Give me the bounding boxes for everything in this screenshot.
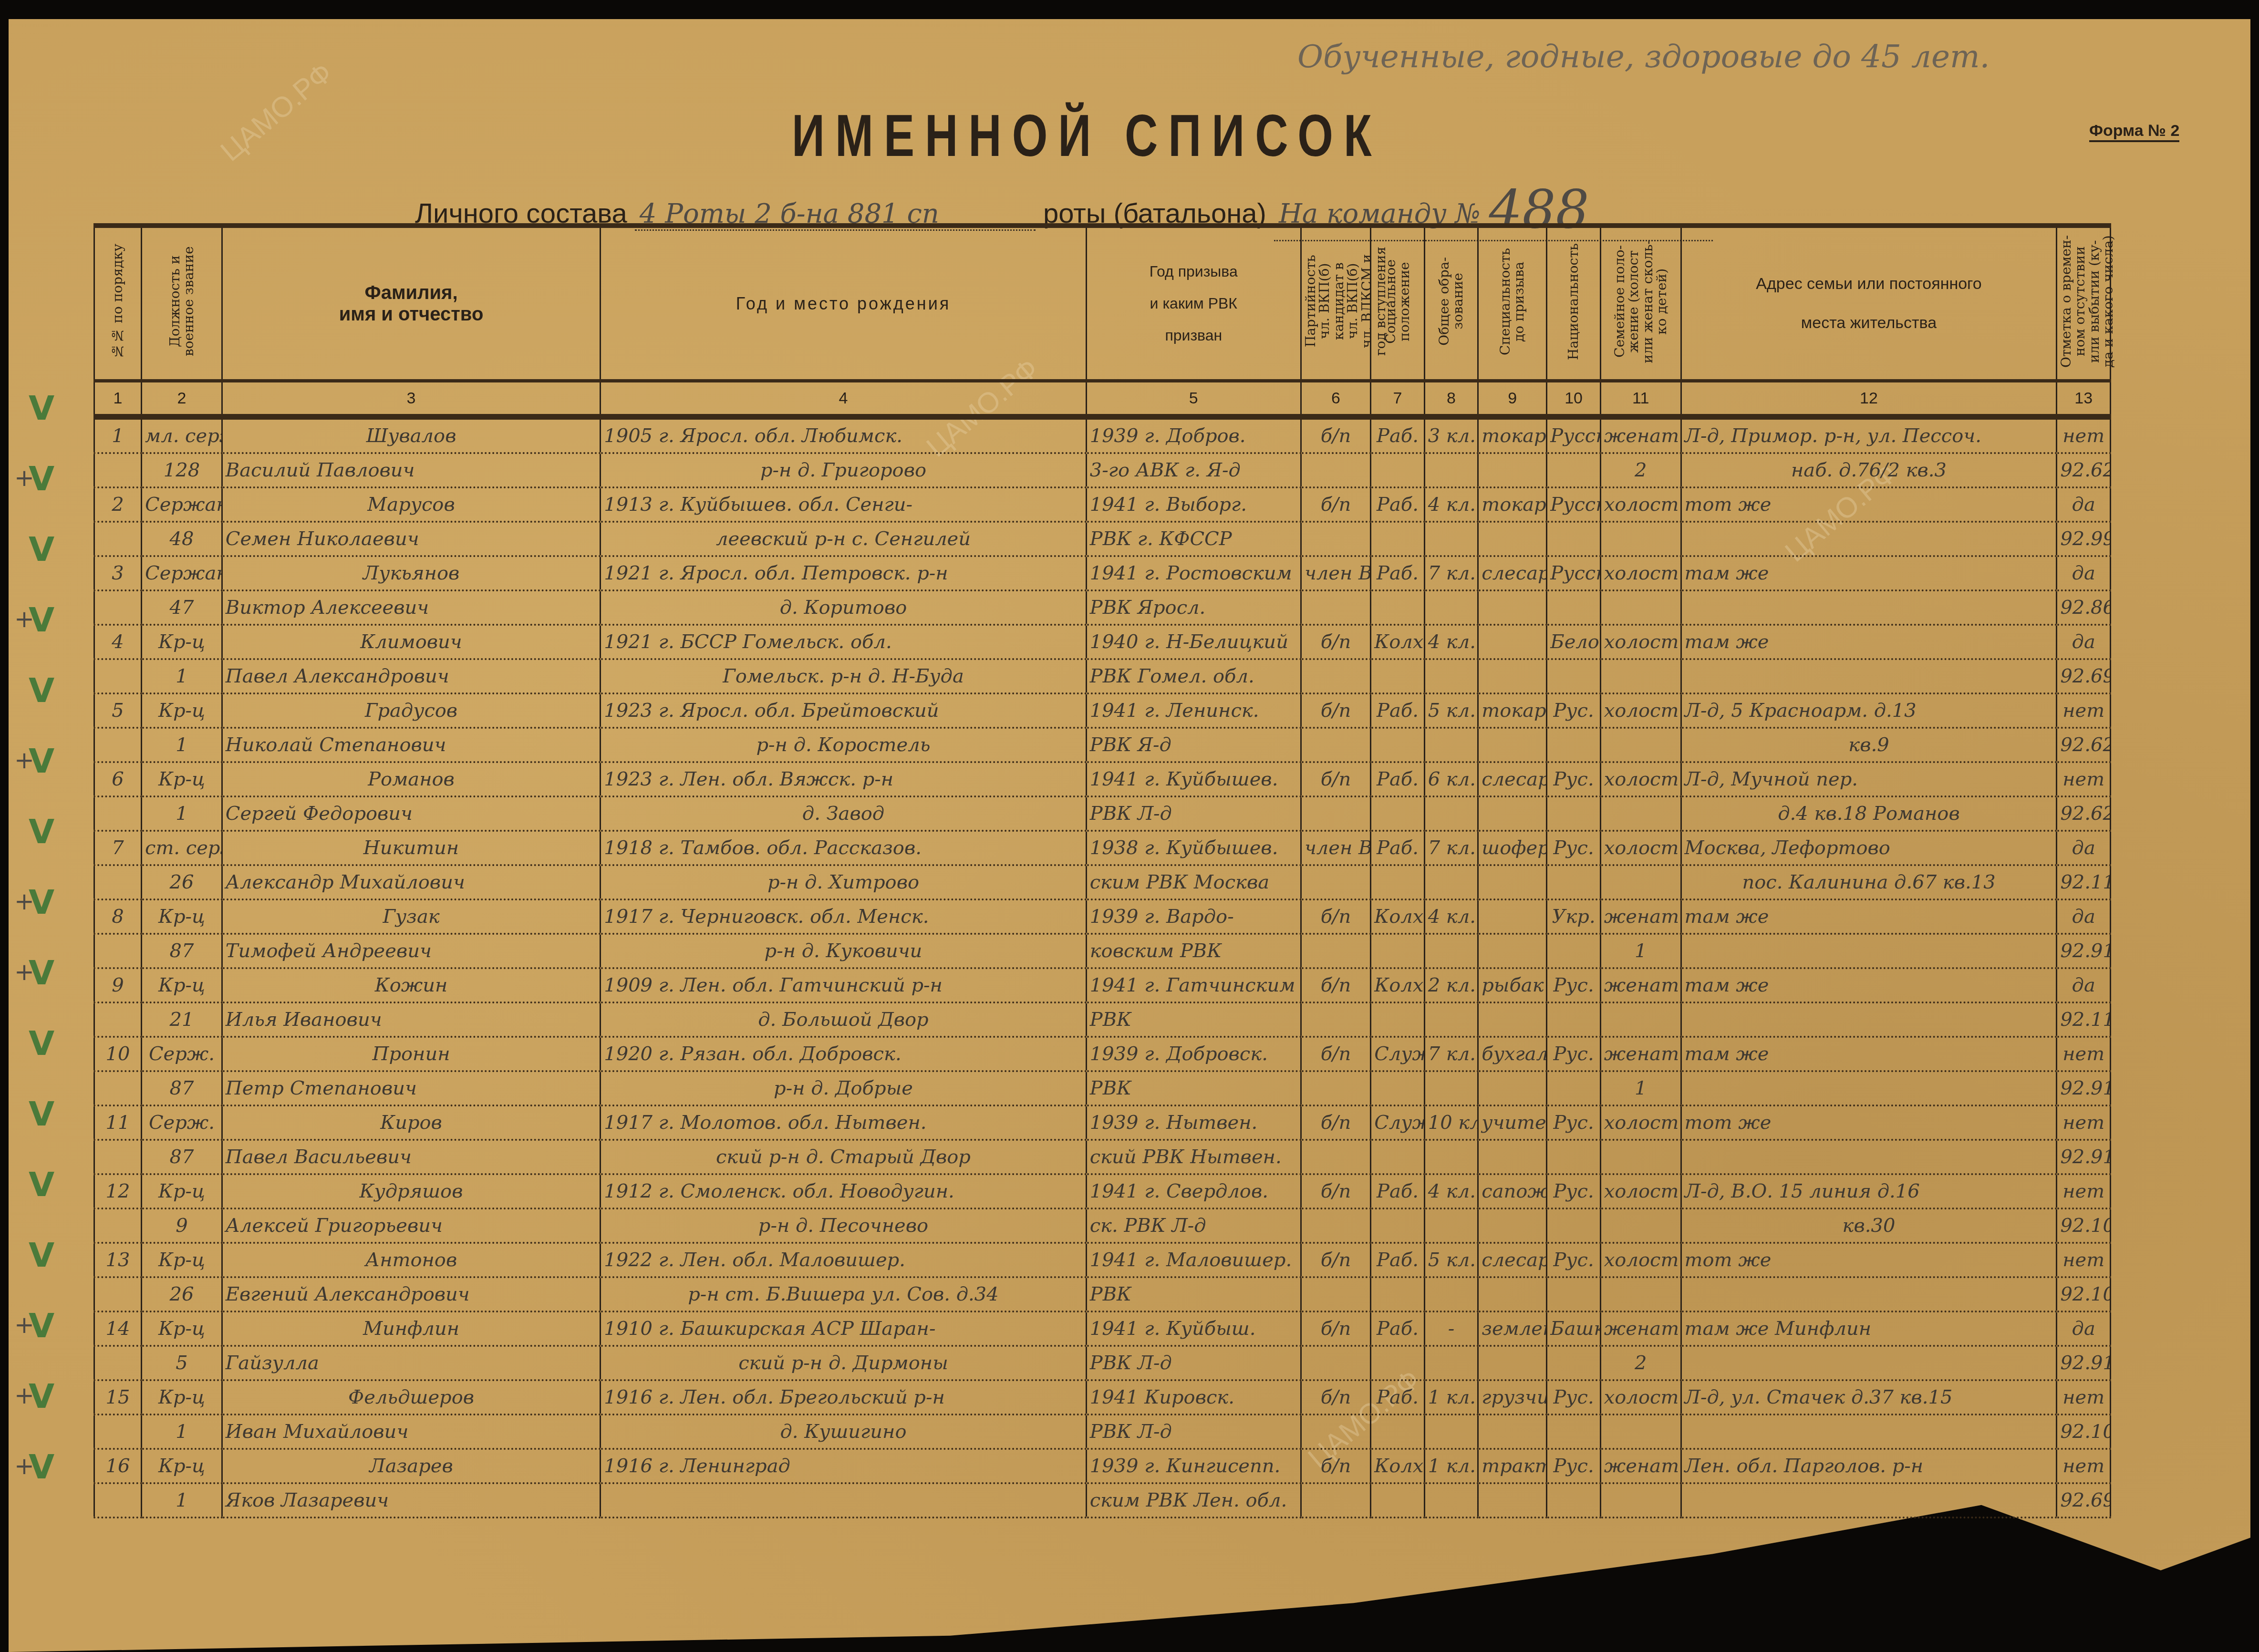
- table-row: 16Кр-цЛазарев1916 г. Ленинград1939 г. Ки…: [94, 1449, 2111, 1483]
- row-number-cell: 12: [94, 1174, 142, 1208]
- family-status-cell: холост: [1600, 1243, 1681, 1277]
- personal-number-cell: 9: [142, 1208, 222, 1243]
- address-cont-cell: [1681, 659, 2057, 693]
- draft-office-cell: РВК Яросл.: [1086, 590, 1301, 625]
- family-status-cell: холост: [1600, 762, 1681, 796]
- table-row: 12Кр-цКудряшов1912 г. Смоленск. обл. Нов…: [94, 1174, 2111, 1208]
- row-number-cell: 6: [94, 762, 142, 796]
- education-cell: [1424, 1208, 1478, 1243]
- nationality-cell: Рус.: [1547, 1380, 1601, 1415]
- notes-cell: да: [2057, 1311, 2111, 1346]
- specialty-cell: [1478, 1208, 1547, 1243]
- rank-cell: Кр-ц: [142, 1311, 222, 1346]
- checkmark-icon: V: [29, 671, 54, 710]
- birth-place-cont-cell: р-н д. Добрые: [601, 1071, 1086, 1105]
- surname-cell: Никитин: [222, 831, 600, 865]
- draft-year-cell: 1938 г. Куйбышев.: [1086, 831, 1301, 865]
- party-cell: [1301, 728, 1370, 762]
- social-status-cell: Раб.: [1371, 556, 1425, 590]
- nationality-cell: [1547, 590, 1601, 625]
- social-status-cell: [1371, 1208, 1425, 1243]
- table-row: 21Илья Ивановичд. Большой ДворРВК92.1170: [94, 1002, 2111, 1037]
- plus-mark-icon: +: [14, 1311, 34, 1339]
- education-cell: 3 кл.: [1424, 417, 1478, 453]
- specialty-cell: слесарь: [1478, 556, 1547, 590]
- personal-number-cell: 26: [142, 865, 222, 899]
- children-cell: 2: [1600, 453, 1681, 487]
- notes-cell: нет: [2057, 693, 2111, 728]
- education-cell: 7 кл.: [1424, 1037, 1478, 1071]
- birth-year-place-cell: 1923 г. Яросл. обл. Брейтовский: [601, 693, 1086, 728]
- checkmark-icon: V: [29, 1024, 54, 1063]
- education-cell: 2 кл.: [1424, 968, 1478, 1002]
- family-status-cell: холост: [1600, 487, 1681, 522]
- personal-number-cell: 1: [142, 796, 222, 831]
- social-status-cell: Раб.: [1371, 1243, 1425, 1277]
- notes-code-cell: 92.62: [2057, 453, 2111, 487]
- rank-cell: Кр-ц: [142, 625, 222, 659]
- checkmark-icon: V: [29, 812, 54, 851]
- social-status-cell: Раб.: [1371, 1311, 1425, 1346]
- party-cell: б/п: [1301, 625, 1370, 659]
- checkmark-icon: V: [29, 1094, 54, 1134]
- table-row: 87Павел Васильевичский р-н д. Старый Дво…: [94, 1140, 2111, 1174]
- col-num: 9: [1478, 381, 1547, 417]
- nationality-cell: Рус.: [1547, 1243, 1601, 1277]
- row-number-cell: 1: [94, 417, 142, 453]
- family-status-cell: женат: [1600, 968, 1681, 1002]
- birth-year-place-cell: 1909 г. Лен. обл. Гатчинский р-н: [601, 968, 1086, 1002]
- party-cell: [1301, 1346, 1370, 1380]
- nationality-cell: [1547, 659, 1601, 693]
- table-row: 1Сергей Федоровичд. ЗаводРВК Л-дд.4 кв.1…: [94, 796, 2111, 831]
- social-status-cell: [1371, 796, 1425, 831]
- party-cell: б/п: [1301, 693, 1370, 728]
- rank-cell: Кр-ц: [142, 899, 222, 934]
- social-status-cell: [1371, 1277, 1425, 1311]
- party-cell: [1301, 659, 1370, 693]
- table-row: 128Василий Павловичр-н д. Григорово3-го …: [94, 453, 2111, 487]
- table-row: 9Кр-цКожин1909 г. Лен. обл. Гатчинский р…: [94, 968, 2111, 1002]
- personal-number-cell: 1: [142, 1483, 222, 1518]
- address-cont-cell: наб. д.76/2 кв.3: [1681, 453, 2057, 487]
- birth-year-place-cell: 1923 г. Лен. обл. Вяжск. р-н: [601, 762, 1086, 796]
- draft-office-cell: ковским РВК: [1086, 934, 1301, 968]
- row-number-cell: 5: [94, 693, 142, 728]
- party-cell: [1301, 1415, 1370, 1449]
- nationality-cell: [1547, 1415, 1601, 1449]
- nationality-cell: [1547, 934, 1601, 968]
- draft-year-cell: 1941 г. Маловишер.: [1086, 1243, 1301, 1277]
- party-cell: б/п: [1301, 1449, 1370, 1483]
- social-status-cell: [1371, 934, 1425, 968]
- specialty-cell: токарь: [1478, 487, 1547, 522]
- table-row: 5Кр-цГрадусов1923 г. Яросл. обл. Брейтов…: [94, 693, 2111, 728]
- birth-place-cont-cell: р-н д. Куковичи: [601, 934, 1086, 968]
- party-cell: б/п: [1301, 1243, 1370, 1277]
- draft-year-cell: 1939 г. Вардо-: [1086, 899, 1301, 934]
- social-status-cell: Раб.: [1371, 487, 1425, 522]
- address-cell: тот же: [1681, 487, 2057, 522]
- birth-place-cont-cell: д. Завод: [601, 796, 1086, 831]
- nationality-cell: Рус.: [1547, 1105, 1601, 1140]
- draft-year-cell: 1941 г. Гатчинским: [1086, 968, 1301, 1002]
- row-number-cell: 11: [94, 1105, 142, 1140]
- social-status-cell: Раб.: [1371, 693, 1425, 728]
- row-number-cell: [94, 1483, 142, 1518]
- specialty-cell: [1478, 796, 1547, 831]
- nationality-cell: Рус.: [1547, 1174, 1601, 1208]
- education-cell: 1 кл.: [1424, 1449, 1478, 1483]
- nationality-cell: [1547, 1277, 1601, 1311]
- draft-office-cell: РВК: [1086, 1277, 1301, 1311]
- address-cont-cell: [1681, 522, 2057, 556]
- notes-code-cell: 92.62: [2057, 728, 2111, 762]
- row-number-cell: 7: [94, 831, 142, 865]
- party-cell: член ВЛКСМ: [1301, 831, 1370, 865]
- birth-place-cont-cell: р-н ст. Б.Вишера ул. Сов. д.34: [601, 1277, 1086, 1311]
- education-cell: 10 кл.: [1424, 1105, 1478, 1140]
- draft-office-cell: ск. РВК Л-д: [1086, 1208, 1301, 1243]
- birth-year-place-cell: 1912 г. Смоленск. обл. Новодугин.: [601, 1174, 1086, 1208]
- children-cell: [1600, 865, 1681, 899]
- nationality-cell: Рус.: [1547, 1449, 1601, 1483]
- row-number-cell: [94, 865, 142, 899]
- draft-office-cell: РВК Гомел. обл.: [1086, 659, 1301, 693]
- party-cell: [1301, 865, 1370, 899]
- surname-cell: Марусов: [222, 487, 600, 522]
- specialty-cell: [1478, 1140, 1547, 1174]
- col-header-education: Общее обра- зование: [1424, 226, 1478, 381]
- children-cell: [1600, 728, 1681, 762]
- education-cell: [1424, 1346, 1478, 1380]
- nationality-cell: [1547, 1346, 1601, 1380]
- children-cell: [1600, 659, 1681, 693]
- personal-number-cell: 21: [142, 1002, 222, 1037]
- personal-number-cell: 128: [142, 453, 222, 487]
- party-cell: [1301, 1002, 1370, 1037]
- notes-code-cell: 92.91: [2057, 1346, 2111, 1380]
- header-row: №№ по порядку Должность и военное звание…: [94, 226, 2111, 381]
- draft-office-cell: РВК: [1086, 1002, 1301, 1037]
- draft-year-cell: 1939 г. Добровск.: [1086, 1037, 1301, 1071]
- rank-cell: Кр-ц: [142, 1243, 222, 1277]
- address-cont-cell: [1681, 1277, 2057, 1311]
- notes-cell: нет: [2057, 1105, 2111, 1140]
- party-cell: б/п: [1301, 1380, 1370, 1415]
- row-number-cell: 10: [94, 1037, 142, 1071]
- surname-cell: Романов: [222, 762, 600, 796]
- birth-year-place-cell: 1922 г. Лен. обл. Маловишер.: [601, 1243, 1086, 1277]
- personnel-table-container: №№ по порядку Должность и военное звание…: [93, 223, 2111, 1518]
- party-cell: б/п: [1301, 1105, 1370, 1140]
- row-number-cell: [94, 728, 142, 762]
- surname-cell: Лазарев: [222, 1449, 600, 1483]
- birth-place-cont-cell: д. Кушигино: [601, 1415, 1086, 1449]
- draft-office-cell: РВК г. КФССР: [1086, 522, 1301, 556]
- education-cell: 6 кл.: [1424, 762, 1478, 796]
- notes-code-cell: 92.91: [2057, 1140, 2111, 1174]
- address-cont-cell: [1681, 1002, 2057, 1037]
- table-row: 8Кр-цГузак1917 г. Черниговск. обл. Менск…: [94, 899, 2111, 934]
- specialty-cell: сапожник: [1478, 1174, 1547, 1208]
- nationality-cell: [1547, 1071, 1601, 1105]
- first-name-patronymic-cell: Александр Михайлович: [222, 865, 600, 899]
- rank-cell: Сержант: [142, 556, 222, 590]
- address-cont-cell: [1681, 1140, 2057, 1174]
- birth-year-place-cell: 1905 г. Яросл. обл. Любимск.: [601, 417, 1086, 453]
- address-cell: тот же: [1681, 1243, 2057, 1277]
- social-status-cell: [1371, 1415, 1425, 1449]
- first-name-patronymic-cell: Иван Михайлович: [222, 1415, 600, 1449]
- notes-code-cell: 92.91: [2057, 1071, 2111, 1105]
- table-row: 5Гайзуллаский р-н д. ДирмоныРВК Л-д292.9…: [94, 1346, 2111, 1380]
- social-status-cell: Раб.: [1371, 1174, 1425, 1208]
- watermark: ЦАМО.РФ: [214, 56, 339, 168]
- specialty-cell: [1478, 522, 1547, 556]
- social-status-cell: Колхоз.: [1371, 625, 1425, 659]
- row-number-cell: 4: [94, 625, 142, 659]
- row-number-cell: [94, 1415, 142, 1449]
- nationality-cell: Русск.: [1547, 417, 1601, 453]
- party-cell: [1301, 1483, 1370, 1518]
- education-cell: 5 кл.: [1424, 1243, 1478, 1277]
- social-status-cell: [1371, 1071, 1425, 1105]
- education-cell: 1 кл.: [1424, 1380, 1478, 1415]
- rank-cell: Серж.: [142, 1037, 222, 1071]
- personnel-rows: 1мл. серж.Шувалов1905 г. Яросл. обл. Люб…: [94, 417, 2111, 1518]
- personal-number-cell: 87: [142, 934, 222, 968]
- table-row: 4Кр-цКлимович1921 г. БССР Гомельск. обл.…: [94, 625, 2111, 659]
- address-cont-cell: [1681, 1071, 2057, 1105]
- social-status-cell: [1371, 865, 1425, 899]
- specialty-cell: слесарь: [1478, 1243, 1547, 1277]
- children-cell: [1600, 522, 1681, 556]
- social-status-cell: [1371, 1346, 1425, 1380]
- children-cell: 2: [1600, 1346, 1681, 1380]
- plus-mark-icon: +: [14, 746, 34, 774]
- draft-year-cell: 1941 г. Куйбыш.: [1086, 1311, 1301, 1346]
- rank-cell: Кр-ц: [142, 762, 222, 796]
- birth-year-place-cell: 1921 г. Яросл. обл. Петровск. р-н: [601, 556, 1086, 590]
- education-cell: [1424, 1415, 1478, 1449]
- surname-cell: Шувалов: [222, 417, 600, 453]
- surname-cell: Киров: [222, 1105, 600, 1140]
- address-cont-cell: [1681, 1415, 2057, 1449]
- notes-code-cell: 92.62: [2057, 796, 2111, 831]
- social-status-cell: [1371, 1483, 1425, 1518]
- family-status-cell: холост: [1600, 1380, 1681, 1415]
- specialty-cell: тракторист: [1478, 1449, 1547, 1483]
- checkmark-icon: V: [29, 1236, 54, 1275]
- party-cell: б/п: [1301, 1311, 1370, 1346]
- social-status-cell: [1371, 453, 1425, 487]
- row-number-cell: [94, 796, 142, 831]
- education-cell: [1424, 522, 1478, 556]
- personal-number-cell: 1: [142, 728, 222, 762]
- surname-cell: Кудряшов: [222, 1174, 600, 1208]
- education-cell: [1424, 934, 1478, 968]
- education-cell: [1424, 1277, 1478, 1311]
- education-cell: 7 кл.: [1424, 556, 1478, 590]
- checkmark-icon: V: [29, 389, 54, 428]
- row-number-cell: [94, 1140, 142, 1174]
- address-cell: там же: [1681, 899, 2057, 934]
- nationality-cell: Рус.: [1547, 1037, 1601, 1071]
- rank-cell: Серж.: [142, 1105, 222, 1140]
- notes-cell: да: [2057, 556, 2111, 590]
- row-number-cell: [94, 934, 142, 968]
- table-row: 87Тимофей Андреевичр-н д. Куковичиковски…: [94, 934, 2111, 968]
- col-num: 11: [1600, 381, 1681, 417]
- birth-place-cont-cell: леевский р-н с. Сенгилей: [601, 522, 1086, 556]
- first-name-patronymic-cell: Павел Васильевич: [222, 1140, 600, 1174]
- nationality-cell: Рус.: [1547, 831, 1601, 865]
- personal-number-cell: 48: [142, 522, 222, 556]
- party-cell: [1301, 796, 1370, 831]
- row-number-cell: [94, 590, 142, 625]
- address-cell: там же: [1681, 1037, 2057, 1071]
- col-num: 12: [1681, 381, 2057, 417]
- family-status-cell: женат: [1600, 899, 1681, 934]
- children-cell: [1600, 590, 1681, 625]
- draft-year-cell: 1939 г. Нытвен.: [1086, 1105, 1301, 1140]
- notes-code-cell: 92.1019: [2057, 1277, 2111, 1311]
- specialty-cell: [1478, 1071, 1547, 1105]
- rank-cell: ст. серж.: [142, 831, 222, 865]
- family-status-cell: женат: [1600, 1037, 1681, 1071]
- family-status-cell: женат: [1600, 1311, 1681, 1346]
- family-status-cell: холост: [1600, 625, 1681, 659]
- social-status-cell: [1371, 1002, 1425, 1037]
- nationality-cell: Рус.: [1547, 762, 1601, 796]
- nationality-cell: Башкир: [1547, 1311, 1601, 1346]
- birth-place-cont-cell: [601, 1483, 1086, 1518]
- notes-cell: нет: [2057, 1243, 2111, 1277]
- nationality-cell: [1547, 865, 1601, 899]
- address-cont-cell: [1681, 590, 2057, 625]
- notes-cell: нет: [2057, 1449, 2111, 1483]
- social-status-cell: [1371, 728, 1425, 762]
- education-cell: 4 кл.: [1424, 487, 1478, 522]
- birth-place-cont-cell: р-н д. Григорово: [601, 453, 1086, 487]
- nationality-cell: Белорус.: [1547, 625, 1601, 659]
- draft-office-cell: РВК Я-д: [1086, 728, 1301, 762]
- notes-code-cell: 92.69: [2057, 659, 2111, 693]
- education-cell: 4 кл.: [1424, 899, 1478, 934]
- row-number-cell: [94, 1208, 142, 1243]
- checkmark-icon: V: [29, 530, 54, 569]
- children-cell: [1600, 1415, 1681, 1449]
- form-number: Форма № 2: [2089, 122, 2179, 142]
- education-cell: [1424, 1483, 1478, 1518]
- table-row: 48Семен Николаевичлеевский р-н с. Сенгил…: [94, 522, 2111, 556]
- address-cell: Л-д, В.О. 15 линия д.16: [1681, 1174, 2057, 1208]
- rank-cell: Сержант: [142, 487, 222, 522]
- children-cell: [1600, 796, 1681, 831]
- handwritten-top-note: Обученные, годные, здоровые до 45 лет.: [1297, 38, 1990, 75]
- surname-cell: Кожин: [222, 968, 600, 1002]
- col-num: 7: [1371, 381, 1425, 417]
- nationality-cell: [1547, 1140, 1601, 1174]
- birth-year-place-cell: 1910 г. Башкирская АСР Шаран-: [601, 1311, 1086, 1346]
- address-cont-cell: [1681, 1346, 2057, 1380]
- draft-office-cell: ский РВК Нытвен.: [1086, 1140, 1301, 1174]
- party-cell: [1301, 453, 1370, 487]
- children-cell: [1600, 1002, 1681, 1037]
- birth-place-cont-cell: ский р-н д. Старый Двор: [601, 1140, 1086, 1174]
- col-num: 2: [142, 381, 222, 417]
- birth-year-place-cell: 1920 г. Рязан. обл. Добровск.: [601, 1037, 1086, 1071]
- table-row: 13Кр-цАнтонов1922 г. Лен. обл. Маловишер…: [94, 1243, 2111, 1277]
- notes-code-cell: 92.1014: [2057, 1208, 2111, 1243]
- col-num: 3: [222, 381, 600, 417]
- birth-year-place-cell: 1918 г. Тамбов. обл. Рассказов.: [601, 831, 1086, 865]
- specialty-cell: [1478, 1002, 1547, 1037]
- row-number-cell: 8: [94, 899, 142, 934]
- first-name-patronymic-cell: Гайзулла: [222, 1346, 600, 1380]
- col-num: 13: [2057, 381, 2111, 417]
- draft-office-cell: 3-го АВК г. Я-д: [1086, 453, 1301, 487]
- specialty-cell: токарь: [1478, 693, 1547, 728]
- family-status-cell: холост: [1600, 1105, 1681, 1140]
- social-status-cell: [1371, 590, 1425, 625]
- notes-code-cell: 92.69: [2057, 1483, 2111, 1518]
- specialty-cell: [1478, 659, 1547, 693]
- first-name-patronymic-cell: Василий Павлович: [222, 453, 600, 487]
- first-name-patronymic-cell: Николай Степанович: [222, 728, 600, 762]
- col-header-number: №№ по порядку: [94, 226, 142, 381]
- draft-year-cell: 1941 г. Свердлов.: [1086, 1174, 1301, 1208]
- table-row: 1мл. серж.Шувалов1905 г. Яросл. обл. Люб…: [94, 417, 2111, 453]
- party-cell: б/п: [1301, 1174, 1370, 1208]
- notes-cell: нет: [2057, 417, 2111, 453]
- plus-mark-icon: +: [14, 464, 34, 492]
- surname-cell: Пронин: [222, 1037, 600, 1071]
- address-cont-cell: [1681, 934, 2057, 968]
- rank-cell: Кр-ц: [142, 1174, 222, 1208]
- address-cell: там же: [1681, 968, 2057, 1002]
- family-status-cell: холост: [1600, 556, 1681, 590]
- social-status-cell: Колхоз.: [1371, 1449, 1425, 1483]
- plus-mark-icon: +: [14, 1382, 34, 1409]
- table-row: 26Евгений Александровичр-н ст. Б.Вишера …: [94, 1277, 2111, 1311]
- col-num: 8: [1424, 381, 1478, 417]
- first-name-patronymic-cell: Тимофей Андреевич: [222, 934, 600, 968]
- draft-year-cell: 1941 г. Ростовским: [1086, 556, 1301, 590]
- row-number-cell: [94, 522, 142, 556]
- specialty-cell: [1478, 1483, 1547, 1518]
- notes-code-cell: 92.1170: [2057, 865, 2111, 899]
- rank-cell: мл. серж.: [142, 417, 222, 453]
- specialty-cell: учитель: [1478, 1105, 1547, 1140]
- party-cell: б/п: [1301, 762, 1370, 796]
- party-cell: [1301, 1277, 1370, 1311]
- surname-cell: Лукьянов: [222, 556, 600, 590]
- party-cell: б/п: [1301, 968, 1370, 1002]
- specialty-cell: [1478, 899, 1547, 934]
- birth-place-cont-cell: д. Коритово: [601, 590, 1086, 625]
- children-cell: 1: [1600, 1071, 1681, 1105]
- notes-cell: да: [2057, 487, 2111, 522]
- plus-mark-icon: +: [14, 1452, 34, 1480]
- draft-office-cell: РВК Л-д: [1086, 796, 1301, 831]
- table-row: 1Яков Лазаревичским РВК Лен. обл.92.69: [94, 1483, 2111, 1518]
- birth-place-cont-cell: р-н д. Хитрово: [601, 865, 1086, 899]
- nationality-cell: [1547, 728, 1601, 762]
- specialty-cell: грузчик: [1478, 1380, 1547, 1415]
- personal-number-cell: 1: [142, 1415, 222, 1449]
